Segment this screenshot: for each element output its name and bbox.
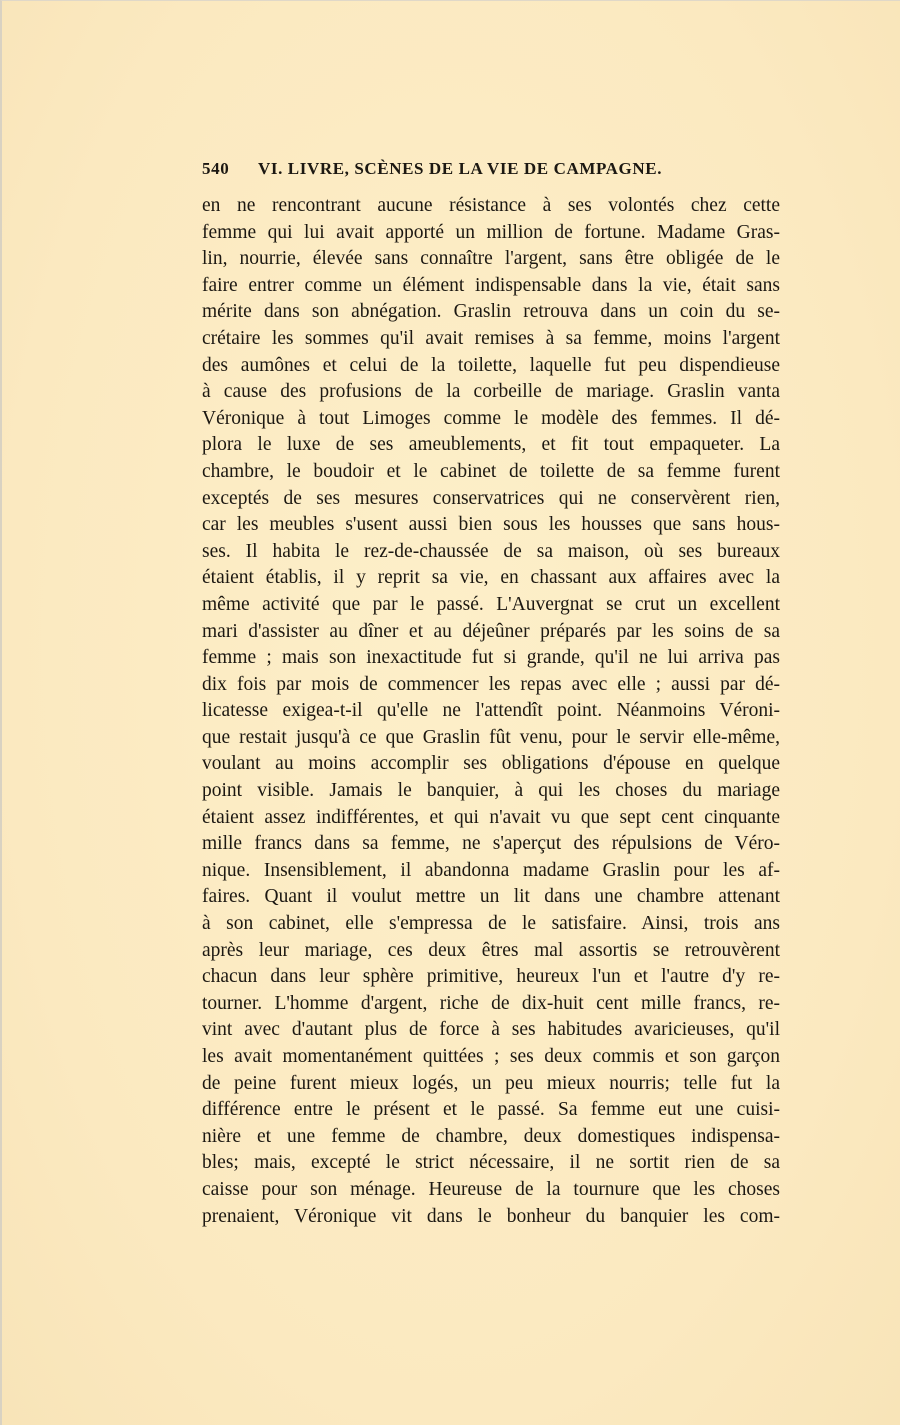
page-number: 540	[202, 159, 229, 179]
text-line: étaient établis, il y reprit sa vie, en …	[202, 565, 780, 592]
text-line: en ne rencontrant aucune résistance à se…	[202, 193, 780, 220]
text-line: femme ; mais son inexactitude fut si gra…	[202, 645, 780, 672]
text-line: lin, nourrie, élevée sans connaître l'ar…	[202, 246, 780, 273]
body-text: en ne rencontrant aucune résistance à se…	[202, 193, 780, 1230]
text-line: tourner. L'homme d'argent, riche de dix-…	[202, 991, 780, 1018]
text-line: après leur mariage, ces deux êtres mal a…	[202, 938, 780, 965]
text-line: chambre, le boudoir et le cabinet de toi…	[202, 459, 780, 486]
text-line: faire entrer comme un élément indispensa…	[202, 273, 780, 300]
text-line: mari d'assister au dîner et au déjeûner …	[202, 619, 780, 646]
text-line: nière et une femme de chambre, deux dome…	[202, 1124, 780, 1151]
text-line: étaient assez indifférentes, et qui n'av…	[202, 805, 780, 832]
text-line: prenaient, Véronique vit dans le bonheur…	[202, 1204, 780, 1231]
text-line: des aumônes et celui de la toilette, laq…	[202, 353, 780, 380]
text-line: chacun dans leur sphère primitive, heure…	[202, 964, 780, 991]
text-line: ses. Il habita le rez-de-chaussée de sa …	[202, 539, 780, 566]
text-line: car les meubles s'usent aussi bien sous …	[202, 512, 780, 539]
text-line: femme qui lui avait apporté un million d…	[202, 220, 780, 247]
text-line: Véronique à tout Limoges comme le modèle…	[202, 406, 780, 433]
text-line: exceptés de ses mesures conservatrices q…	[202, 486, 780, 513]
text-line: plora le luxe de ses ameublements, et fi…	[202, 432, 780, 459]
text-line: les avait momentanément quittées ; ses d…	[202, 1044, 780, 1071]
running-head-title: VI. LIVRE, SCÈNES DE LA VIE DE CAMPAGNE.	[258, 159, 662, 179]
text-line: que restait jusqu'à ce que Graslin fût v…	[202, 725, 780, 752]
text-line: vint avec d'autant plus de force à ses h…	[202, 1017, 780, 1044]
text-line: caisse pour son ménage. Heureuse de la t…	[202, 1177, 780, 1204]
text-line: nique. Insensiblement, il abandonna mada…	[202, 858, 780, 885]
text-line: crétaire les sommes qu'il avait remises …	[202, 326, 780, 353]
text-line: mérite dans son abnégation. Graslin retr…	[202, 299, 780, 326]
running-head: 540 VI. LIVRE, SCÈNES DE LA VIE DE CAMPA…	[202, 159, 782, 183]
book-page: 540 VI. LIVRE, SCÈNES DE LA VIE DE CAMPA…	[0, 0, 900, 1425]
text-line: même activité que par le passé. L'Auverg…	[202, 592, 780, 619]
text-line: de peine furent mieux logés, un peu mieu…	[202, 1071, 780, 1098]
text-line: dix fois par mois de commencer les repas…	[202, 672, 780, 699]
text-line: différence entre le présent et le passé.…	[202, 1097, 780, 1124]
text-line: à son cabinet, elle s'empressa de le sat…	[202, 911, 780, 938]
text-line: bles; mais, excepté le strict nécessaire…	[202, 1150, 780, 1177]
text-line: mille francs dans sa femme, ne s'aperçut…	[202, 831, 780, 858]
text-line: voulant au moins accomplir ses obligatio…	[202, 751, 780, 778]
text-line: faires. Quant il voulut mettre un lit da…	[202, 884, 780, 911]
text-line: licatesse exigea-t-il qu'elle ne l'atten…	[202, 698, 780, 725]
text-line: point visible. Jamais le banquier, à qui…	[202, 778, 780, 805]
text-line: à cause des profusions de la corbeille d…	[202, 379, 780, 406]
